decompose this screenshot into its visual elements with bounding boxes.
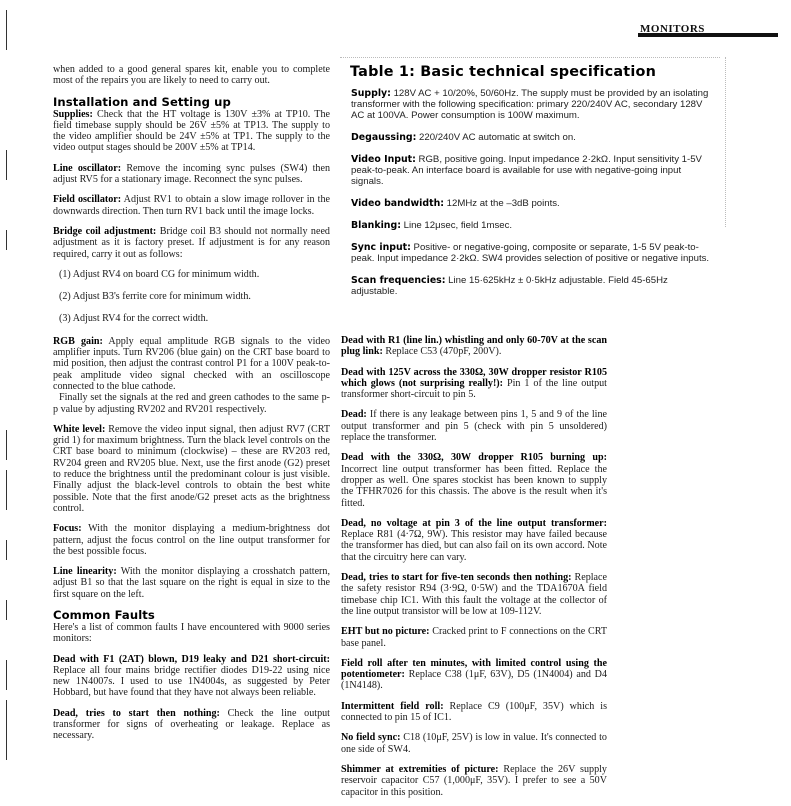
paragraph-focus: Focus: With the monitor displaying a med… [53,523,330,557]
spec-row-video-bandwidth: Video bandwidth: 12MHz at the –3dB point… [351,198,716,209]
paragraph-rgb-gain: RGB gain: Apply equal amplitude RGB sign… [53,336,330,392]
box-border-top [340,57,720,58]
paragraph-line-linearity: Line linearity: With the monitor display… [53,566,330,600]
spec-row-supply: Supply: 128V AC + 10/20%, 50/60Hz. The s… [351,88,716,121]
intro-paragraph: when added to a good general spares kit,… [53,64,330,87]
paragraph-bridge-coil: Bridge coil adjustment: Bridge coil B3 s… [53,226,330,260]
spec-row-degaussing: Degaussing: 220/240V AC automatic at swi… [351,132,716,143]
paragraph-white-level: White level: Remove the video input sign… [53,424,330,514]
fault-item: Dead, no voltage at pin 3 of the line ou… [341,518,607,563]
spec-table-title: Table 1: Basic technical specification [350,67,726,78]
box-border-right [725,57,726,227]
fault-item: Dead with R1 (line lin.) whistling and o… [341,335,607,358]
fault-item: Dead: If there is any leakage between pi… [341,409,607,443]
spec-row-sync-input: Sync input: Positive- or negative-going,… [351,242,716,264]
paragraph-line-oscillator: Line oscillator: Remove the incoming syn… [53,163,330,186]
scan-edge-marks [6,0,8,806]
fault-item: Dead, tries to start then nothing: Check… [53,708,330,742]
step-2: (2) Adjust B3's ferrite core for minimum… [53,291,330,302]
fault-item: Dead with F1 (2AT) blown, D19 leaky and … [53,654,330,699]
fault-item: No field sync: C18 (10μF, 25V) is low in… [341,732,607,755]
step-3: (3) Adjust RV4 for the correct width. [53,313,330,324]
fault-item: Field roll after ten minutes, with limit… [341,658,607,692]
installation-heading: Installation and Setting up [53,96,330,109]
fault-item: Dead with 125V across the 330Ω, 30W drop… [341,367,607,401]
spec-table: Table 1: Basic technical specification S… [340,57,726,307]
spec-row-scan-frequencies: Scan frequencies: Line 15·625kHz ± 0·5kH… [351,275,716,297]
fault-item: EHT but no picture: Cracked print to F c… [341,626,607,649]
spec-row-blanking: Blanking: Line 12μsec, field 1msec. [351,220,716,231]
fault-item: Dead with the 330Ω, 30W dropper R105 bur… [341,452,607,508]
paragraph-supplies: Supplies: Check that the HT voltage is 1… [53,109,330,154]
spec-row-video-input: Video Input: RGB, positive going. Input … [351,154,716,187]
step-1: (1) Adjust RV4 on board CG for minimum w… [53,269,330,280]
paragraph-field-oscillator: Field oscillator: Adjust RV1 to obtain a… [53,194,330,217]
right-column: Dead with R1 (line lin.) whistling and o… [341,335,607,806]
faults-intro: Here's a list of common faults I have en… [53,622,330,645]
fault-item: Dead, tries to start for five-ten second… [341,572,607,617]
fault-item: Shimmer at extremities of picture: Repla… [341,764,607,798]
faults-heading: Common Faults [53,609,330,622]
paragraph-rgb-gain-cont: Finally set the signals at the red and g… [53,392,330,415]
left-column: when added to a good general spares kit,… [53,64,330,751]
fault-item: Intermittent field roll: Replace C9 (100… [341,701,607,724]
header-rule [638,33,778,37]
